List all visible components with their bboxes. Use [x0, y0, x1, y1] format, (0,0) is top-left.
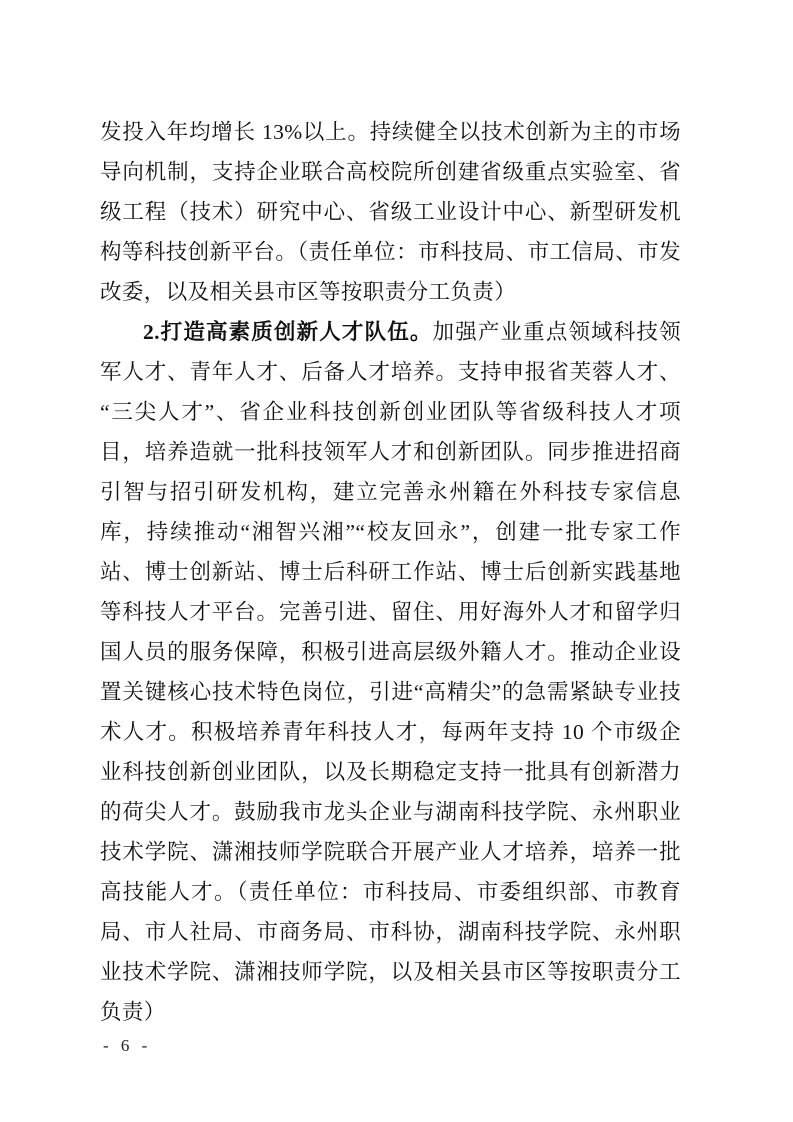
paragraph-continuation-text: 发投入年均增长 13%以上。持续健全以技术创新为主的市场导向机制，支持企业联合高… [100, 120, 681, 304]
paragraph-section-2: 2.打造高素质创新人才队伍。加强产业重点领域科技领军人才、青年人才、后备人才培养… [100, 312, 681, 1032]
section-2-body-text: 加强产业重点领域科技领军人才、青年人才、后备人才培养。支持申报省芙蓉人才、“三尖… [100, 320, 681, 1024]
document-page: 发投入年均增长 13%以上。持续健全以技术创新为主的市场导向机制，支持企业联合高… [0, 0, 793, 1122]
document-body: 发投入年均增长 13%以上。持续健全以技术创新为主的市场导向机制，支持企业联合高… [100, 112, 681, 1032]
section-2-heading: 2.打造高素质创新人才队伍。 [143, 320, 433, 344]
paragraph-continuation: 发投入年均增长 13%以上。持续健全以技术创新为主的市场导向机制，支持企业联合高… [100, 112, 681, 312]
page-number: - 6 - [103, 1036, 151, 1056]
